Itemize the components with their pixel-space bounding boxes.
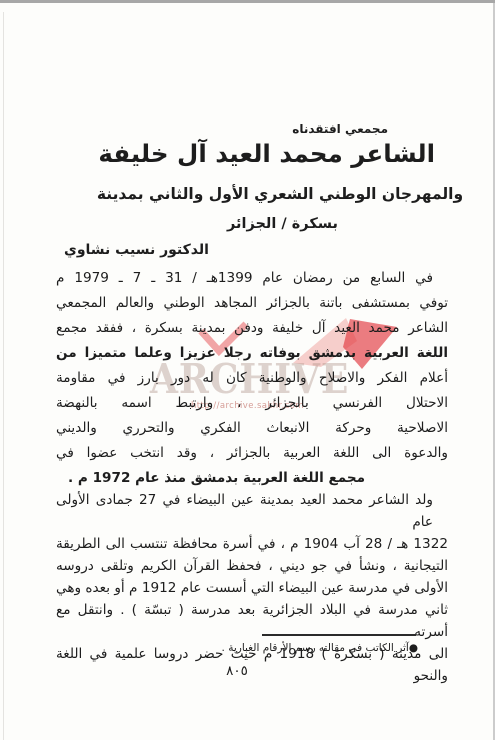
scan-border-left <box>3 12 4 740</box>
kicker-heading: مجمعي افتقدناه <box>298 122 388 136</box>
body-line: الاصلاحية وحركة الانبعاث الفكري والتحرري… <box>56 416 448 441</box>
body-paragraph-2: ولد الشاعر محمد العيد بمدينة عين البيضاء… <box>56 489 448 687</box>
body-line: الشاعر محمد العيد آل خليفة ودفن بمدينة ب… <box>56 316 448 341</box>
body-line: الاحتلال الفرنسي بالجزائر ، وارتبط اسمه … <box>56 391 448 416</box>
body-line: 1322 هـ / 28 آب 1904 م ، في أسرة محافظة … <box>56 533 448 555</box>
page-subtitle: والمهرجان الوطني الشعري الأول والثاني بم… <box>85 185 475 203</box>
page-title: الشاعر محمد العيد آل خليفة <box>115 139 435 168</box>
footnote-separator <box>262 634 416 636</box>
author-byline: الدكتور نسيب نشاوي <box>64 242 209 258</box>
body-line: ولد الشاعر محمد العيد بمدينة عين البيضاء… <box>56 489 448 533</box>
body-line: التيجانية ، ونشأ في جو ديني ، فحفظ القرآ… <box>56 555 448 577</box>
body-line: مجمع اللغة العربية بدمشق منذ عام 1972 م … <box>56 466 448 491</box>
body-line: أعلام الفكر والاصلاح والوطنية كان له دور… <box>56 366 448 391</box>
location-line: بسكرة / الجزائر <box>120 216 445 232</box>
scanned-document-page: ARCHIVE http://archive.sakhr.com مجمعي ا… <box>0 0 495 740</box>
body-paragraph-1: في السابع من رمضان عام 1399هـ / 31 ـ 7 ـ… <box>56 266 448 491</box>
footnote-text: ●آثر الكاتب في مقالته رسم الأرقام الغبار… <box>210 642 418 654</box>
body-line: ثاني مدرسة في البلاد الجزائرية بعد مدرسة… <box>56 599 448 643</box>
body-line: والدعوة الى اللغة العربية بالجزائر ، وقد… <box>56 441 448 466</box>
body-line: الأولى في مدرسة عين البيضاء التي أسست عا… <box>56 577 448 599</box>
body-line: اللغة العربية بدمشق بوفاته رجلا عزيزا وع… <box>56 341 448 366</box>
body-line: توفي بمستشفى باتنة بالجزائر المجاهد الوط… <box>56 291 448 316</box>
page-number: ٨٠٥ <box>212 663 262 679</box>
scan-border-top <box>0 0 495 3</box>
footnote-body: آثر الكاتب في مقالته رسم الأرقام الغباري… <box>222 642 409 654</box>
body-line: في السابع من رمضان عام 1399هـ / 31 ـ 7 ـ… <box>56 266 448 291</box>
footnote-bullet-icon: ● <box>409 642 418 654</box>
